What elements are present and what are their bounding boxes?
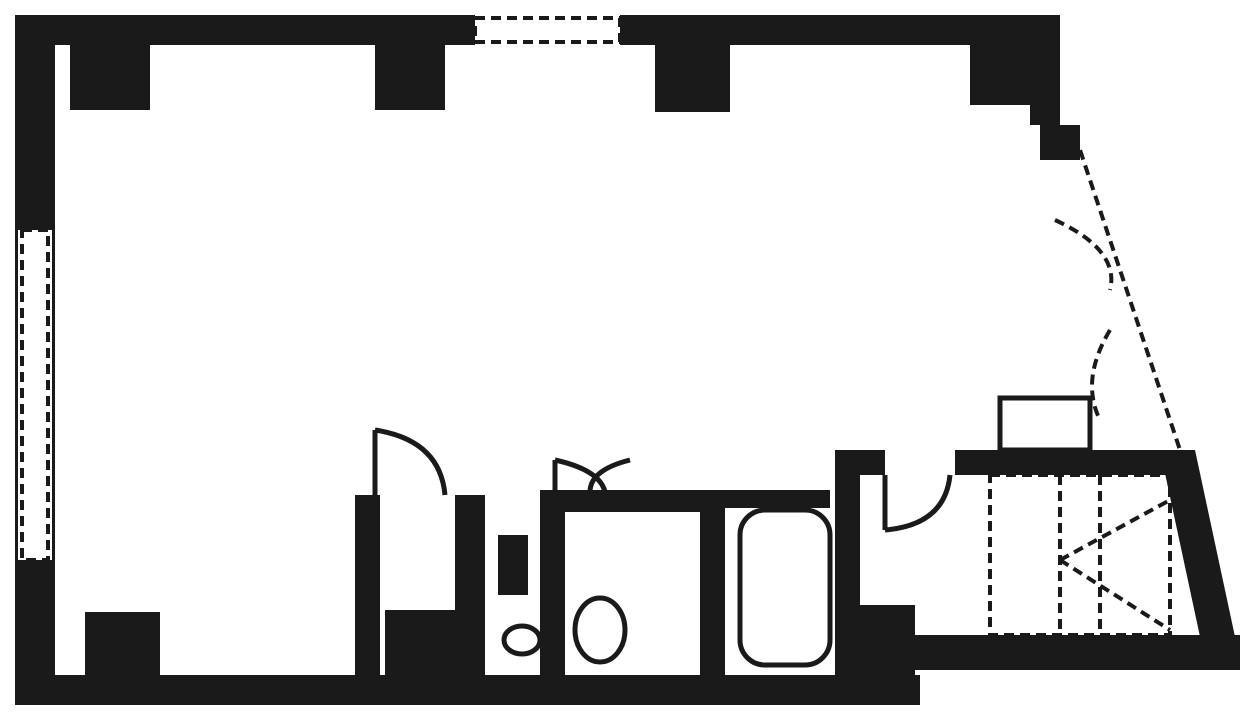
toilet bbox=[575, 598, 625, 662]
outer-walls bbox=[15, 15, 1240, 705]
bathtub bbox=[740, 510, 830, 665]
sliding-window-top bbox=[475, 18, 620, 42]
floor-plan bbox=[0, 0, 1244, 721]
sliding-window-left bbox=[18, 230, 52, 560]
fixtures bbox=[498, 398, 1170, 665]
sink bbox=[504, 626, 540, 654]
meter-box bbox=[1000, 398, 1090, 450]
washing-machine bbox=[498, 535, 528, 595]
spiral-staircase bbox=[990, 475, 1170, 635]
